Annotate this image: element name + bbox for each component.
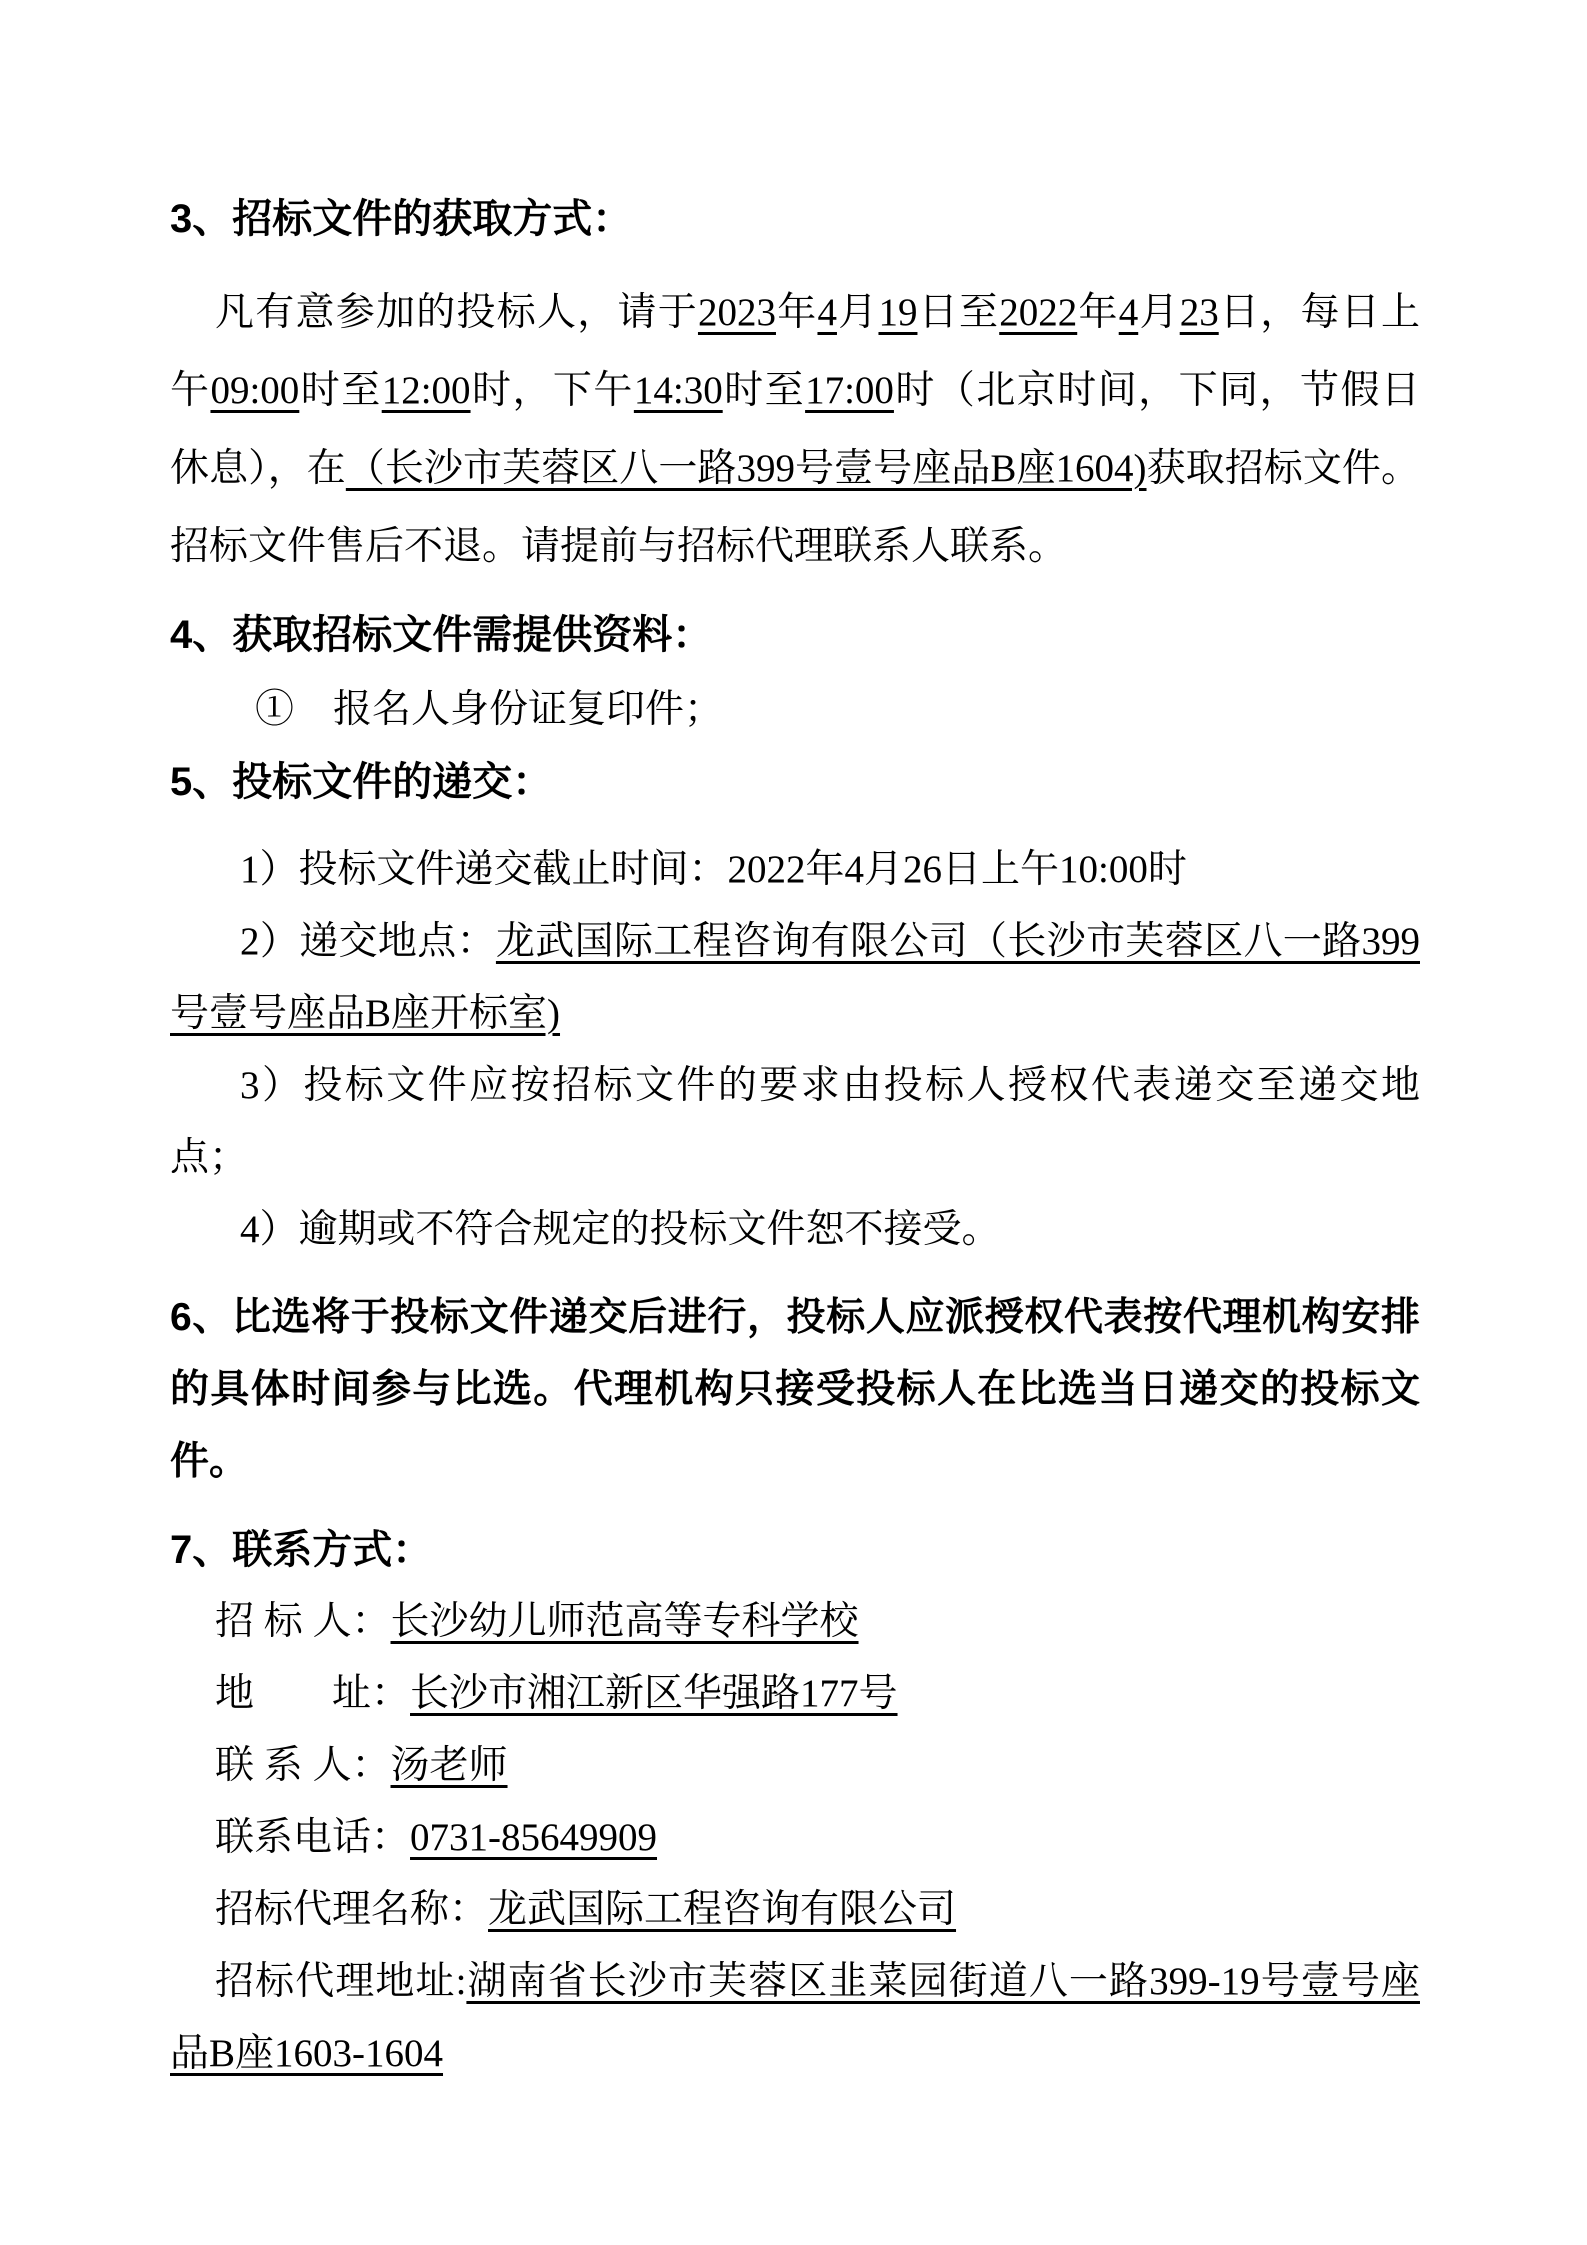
contact-value: 龙武国际工程咨询有限公司	[488, 1888, 956, 1931]
text-run: 2022	[999, 291, 1077, 334]
contact-value: 长沙市湘江新区华强路177号	[410, 1672, 898, 1715]
text-run: 月	[837, 291, 879, 334]
contact-value: 0731-85649909	[410, 1816, 657, 1859]
text-run: 月	[1138, 291, 1180, 334]
contact-label: 招标代理名称：	[215, 1888, 488, 1931]
text-run: 时，下午	[471, 369, 634, 412]
text-run: 14:30	[634, 369, 723, 412]
section7-heading: 7、联系方式：	[170, 1514, 1420, 1586]
contact-label: 招 标 人：	[215, 1600, 391, 1643]
text-run: 17:00	[805, 369, 894, 412]
contact-row-agency-name: 招标代理名称：龙武国际工程咨询有限公司	[170, 1874, 1420, 1946]
document-page: 3、招标文件的获取方式： 凡有意参加的投标人，请于2023年4月19日至2022…	[0, 0, 1587, 2245]
text-run: 2023	[698, 291, 776, 334]
text-run: 09:00	[210, 369, 299, 412]
contact-label: 地 址：	[215, 1672, 410, 1715]
text-run: 年	[776, 291, 818, 334]
text-run: 凡有意参加的投标人，请于	[215, 291, 698, 334]
text-run: 时至	[723, 369, 805, 412]
text-run: 4	[1119, 291, 1139, 334]
section5-item-4: 4）逾期或不符合规定的投标文件恕不接受。	[170, 1194, 1420, 1266]
text-run: 时至	[299, 369, 381, 412]
section3-paragraph: 凡有意参加的投标人，请于2023年4月19日至2022年4月23日，每日上午09…	[170, 274, 1420, 586]
text-run: 12:00	[382, 369, 471, 412]
text-run: 19	[878, 291, 917, 334]
section5-heading: 5、投标文件的递交：	[170, 746, 1420, 818]
contact-label: 联 系 人：	[215, 1744, 391, 1787]
section5-item-1: 1）投标文件递交截止时间：2022年4月26日上午10:00时	[170, 834, 1420, 906]
text-run: 1）投标文件递交截止时间：2022年4月26日上午10:00时	[240, 848, 1187, 891]
section6-paragraph: 6、比选将于投标文件递交后进行，投标人应派授权代表按代理机构安排的具体时间参与比…	[170, 1282, 1420, 1498]
text-run: 4	[817, 291, 837, 334]
section4-item: ① 报名人身份证复印件；	[170, 674, 1420, 746]
contact-row-contact-person: 联 系 人：汤老师	[170, 1730, 1420, 1802]
contact-row-agency-address: 招标代理地址:湖南省长沙市芙蓉区韭菜园街道八一路399-19号壹号座品B座160…	[170, 1946, 1420, 2090]
text-run: 日至	[917, 291, 999, 334]
section5-item-3: 3）投标文件应按招标文件的要求由投标人授权代表递交至递交地点；	[170, 1050, 1420, 1194]
contact-label: 联系电话：	[215, 1816, 410, 1859]
contact-row-tenderee: 招 标 人：长沙幼儿师范高等专科学校	[170, 1586, 1420, 1658]
document-content: 3、招标文件的获取方式： 凡有意参加的投标人，请于2023年4月19日至2022…	[170, 180, 1420, 2090]
section5-item-2: 2）递交地点：龙武国际工程咨询有限公司（长沙市芙蓉区八一路399号壹号座品B座开…	[170, 906, 1420, 1050]
section4-heading: 4、获取招标文件需提供资料：	[170, 596, 1420, 674]
text-run: 2）递交地点：	[240, 920, 496, 963]
text-run: 年	[1077, 291, 1119, 334]
text-run: 23	[1180, 291, 1219, 334]
contact-row-phone: 联系电话：0731-85649909	[170, 1802, 1420, 1874]
section3-heading: 3、招标文件的获取方式：	[170, 180, 1420, 258]
text-run: （长沙市芙蓉区八一路399号壹号座品B座1604)	[346, 447, 1147, 490]
contact-label: 招标代理地址:	[215, 1960, 466, 2003]
contact-value: 汤老师	[391, 1744, 508, 1787]
contact-row-address: 地 址：长沙市湘江新区华强路177号	[170, 1658, 1420, 1730]
contact-value: 长沙幼儿师范高等专科学校	[391, 1600, 859, 1643]
